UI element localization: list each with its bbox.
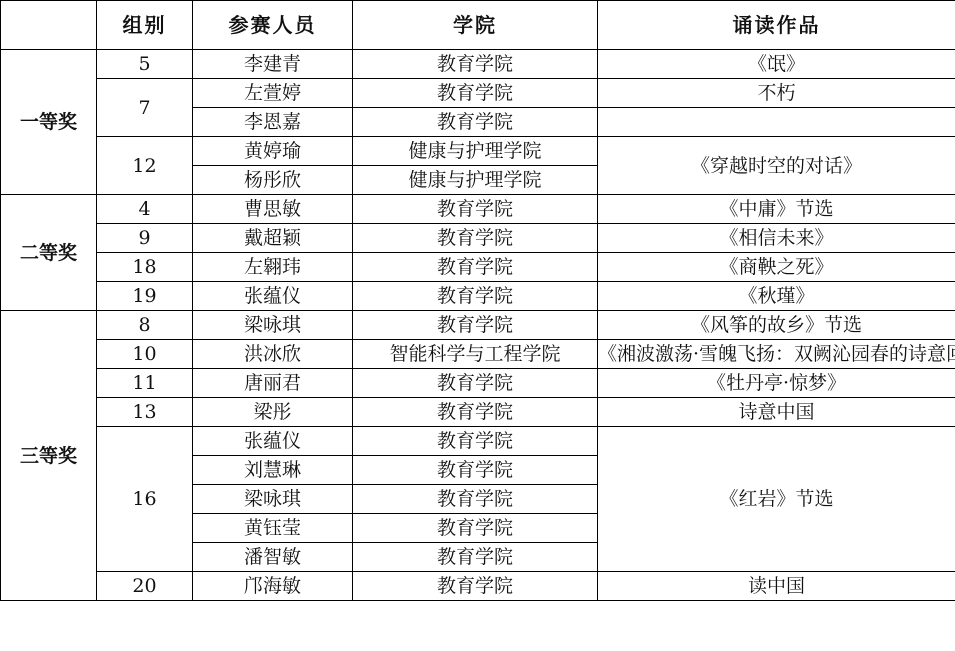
- group-cell: 19: [97, 282, 193, 311]
- table-row: 18 左翱玮 教育学院 《商鞅之死》: [1, 253, 955, 282]
- college-cell: 教育学院: [353, 456, 598, 485]
- group-cell: 18: [97, 253, 193, 282]
- prize-label-second: 二等奖: [1, 195, 97, 311]
- college-cell: 教育学院: [353, 427, 598, 456]
- header-work: 诵读作品: [598, 1, 955, 50]
- table-row: 11 唐丽君 教育学院 《牡丹亭·惊梦》: [1, 369, 955, 398]
- header-participant: 参赛人员: [193, 1, 353, 50]
- work-cell: 《中庸》节选: [598, 195, 955, 224]
- table-row: 三等奖 8 梁咏琪 教育学院 《风筝的故乡》节选: [1, 311, 955, 340]
- work-cell: 《湘波激荡·雪魄飞扬：双阙沁园春的诗意回响》: [598, 340, 955, 369]
- college-cell: 教育学院: [353, 50, 598, 79]
- table-row: 20 邝海敏 教育学院 读中国: [1, 572, 955, 601]
- college-cell: 教育学院: [353, 253, 598, 282]
- participant-cell: 李恩嘉: [193, 108, 353, 137]
- participant-cell: 梁咏琪: [193, 311, 353, 340]
- work-cell: 《氓》: [598, 50, 955, 79]
- participant-cell: 曹思敏: [193, 195, 353, 224]
- work-cell: 读中国: [598, 572, 955, 601]
- college-cell: 教育学院: [353, 224, 598, 253]
- work-cell: 《相信未来》: [598, 224, 955, 253]
- participant-cell: 唐丽君: [193, 369, 353, 398]
- table-row: 二等奖 4 曹思敏 教育学院 《中庸》节选: [1, 195, 955, 224]
- group-cell: 11: [97, 369, 193, 398]
- prize-label-first: 一等奖: [1, 50, 97, 195]
- work-cell: 《秋瑾》: [598, 282, 955, 311]
- work-cell: 《红岩》节选: [598, 427, 955, 572]
- college-cell: 教育学院: [353, 572, 598, 601]
- college-cell: 教育学院: [353, 543, 598, 572]
- college-cell: 教育学院: [353, 485, 598, 514]
- participant-cell: 左萱婷: [193, 79, 353, 108]
- work-cell: 《商鞅之死》: [598, 253, 955, 282]
- group-cell: 7: [97, 79, 193, 137]
- participant-cell: 杨彤欣: [193, 166, 353, 195]
- group-cell: 8: [97, 311, 193, 340]
- participant-cell: 洪冰欣: [193, 340, 353, 369]
- header-prize: [1, 1, 97, 50]
- participant-cell: 梁咏琪: [193, 485, 353, 514]
- group-cell: 4: [97, 195, 193, 224]
- table-row: 10 洪冰欣 智能科学与工程学院 《湘波激荡·雪魄飞扬：双阙沁园春的诗意回响》: [1, 340, 955, 369]
- participant-cell: 左翱玮: [193, 253, 353, 282]
- participant-cell: 李建青: [193, 50, 353, 79]
- college-cell: 教育学院: [353, 108, 598, 137]
- group-cell: 13: [97, 398, 193, 427]
- work-cell: 《牡丹亭·惊梦》: [598, 369, 955, 398]
- table-row: 7 左萱婷 教育学院 不朽: [1, 79, 955, 108]
- header-group: 组别: [97, 1, 193, 50]
- header-college: 学院: [353, 1, 598, 50]
- table-row: 13 梁彤 教育学院 诗意中国: [1, 398, 955, 427]
- table-row: 19 张蕴仪 教育学院 《秋瑾》: [1, 282, 955, 311]
- participant-cell: 张蕴仪: [193, 282, 353, 311]
- table-row: 9 戴超颖 教育学院 《相信未来》: [1, 224, 955, 253]
- table-row: 一等奖 5 李建青 教育学院 《氓》: [1, 50, 955, 79]
- college-cell: 教育学院: [353, 514, 598, 543]
- participant-cell: 黄婷瑜: [193, 137, 353, 166]
- participant-cell: 梁彤: [193, 398, 353, 427]
- participant-cell: 戴超颖: [193, 224, 353, 253]
- work-cell: 不朽: [598, 79, 955, 108]
- work-cell: [598, 108, 955, 137]
- college-cell: 教育学院: [353, 195, 598, 224]
- college-cell: 健康与护理学院: [353, 137, 598, 166]
- college-cell: 健康与护理学院: [353, 166, 598, 195]
- prize-label-third: 三等奖: [1, 311, 97, 601]
- table-row: 12 黄婷瑜 健康与护理学院 《穿越时空的对话》: [1, 137, 955, 166]
- table-row: 16 张蕴仪 教育学院 《红岩》节选: [1, 427, 955, 456]
- work-cell: 《穿越时空的对话》: [598, 137, 955, 195]
- work-cell: 《风筝的故乡》节选: [598, 311, 955, 340]
- group-cell: 20: [97, 572, 193, 601]
- header-row: 组别 参赛人员 学院 诵读作品: [1, 1, 955, 50]
- group-cell: 12: [97, 137, 193, 195]
- group-cell: 10: [97, 340, 193, 369]
- participant-cell: 刘慧琳: [193, 456, 353, 485]
- participant-cell: 黄钰莹: [193, 514, 353, 543]
- college-cell: 智能科学与工程学院: [353, 340, 598, 369]
- participant-cell: 邝海敏: [193, 572, 353, 601]
- college-cell: 教育学院: [353, 398, 598, 427]
- group-cell: 9: [97, 224, 193, 253]
- college-cell: 教育学院: [353, 369, 598, 398]
- college-cell: 教育学院: [353, 282, 598, 311]
- participant-cell: 潘智敏: [193, 543, 353, 572]
- group-cell: 5: [97, 50, 193, 79]
- group-cell: 16: [97, 427, 193, 572]
- college-cell: 教育学院: [353, 311, 598, 340]
- awards-table: 组别 参赛人员 学院 诵读作品 一等奖 5 李建青 教育学院 《氓》 7 左萱婷…: [0, 0, 955, 601]
- participant-cell: 张蕴仪: [193, 427, 353, 456]
- work-cell: 诗意中国: [598, 398, 955, 427]
- college-cell: 教育学院: [353, 79, 598, 108]
